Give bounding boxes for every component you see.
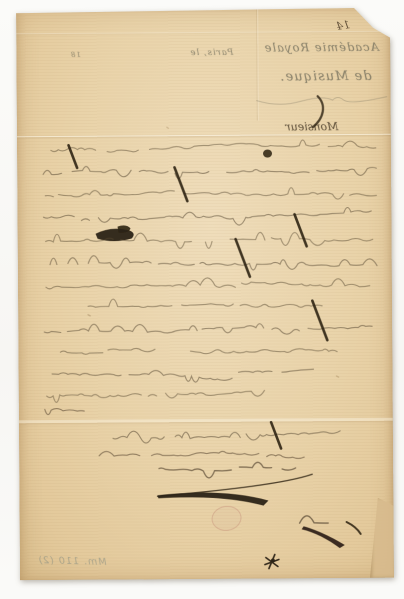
bold-ascender-stroke [295, 214, 307, 246]
signature-flourish-thick [157, 492, 268, 506]
signature-flourish-thin [157, 474, 312, 496]
handwriting-body [16, 8, 394, 581]
handwriting-line [46, 232, 373, 250]
ink-hook-stroke [313, 96, 324, 127]
paper-speck [167, 127, 169, 128]
handwriting-line [45, 408, 84, 414]
ink-blot [263, 150, 272, 158]
paper-speck [337, 376, 339, 377]
handwriting-line [88, 298, 330, 309]
handwriting-line [45, 187, 376, 201]
paper-wrapper: Académie Royale de Musique. Paris, le 18… [18, 9, 392, 579]
paper-speck [88, 315, 90, 316]
manuscript-paper: Académie Royale de Musique. Paris, le 18… [16, 8, 394, 581]
handwriting-line [50, 254, 377, 272]
ink-marks [87, 96, 390, 570]
handwriting-line [113, 430, 340, 443]
handwriting-line [46, 277, 370, 289]
handwriting-line [47, 390, 265, 402]
handwriting-line [99, 450, 311, 460]
bold-ascender-stroke [236, 239, 250, 277]
handwriting-line [300, 516, 338, 524]
handwriting-lines [43, 139, 380, 525]
bold-ascender-stroke [312, 301, 327, 341]
handwriting-line [60, 347, 346, 355]
handwriting-line [43, 164, 376, 179]
handwriting-line [52, 369, 314, 383]
docket-stroke-small [347, 522, 361, 534]
handwriting-line [51, 139, 376, 152]
docket-stroke-thick [302, 526, 345, 548]
scanned-letter-photo: Académie Royale de Musique. Paris, le 18… [0, 0, 404, 599]
handwriting-line [159, 462, 296, 478]
star-ink-blot [271, 559, 275, 563]
handwriting-line [43, 207, 377, 226]
